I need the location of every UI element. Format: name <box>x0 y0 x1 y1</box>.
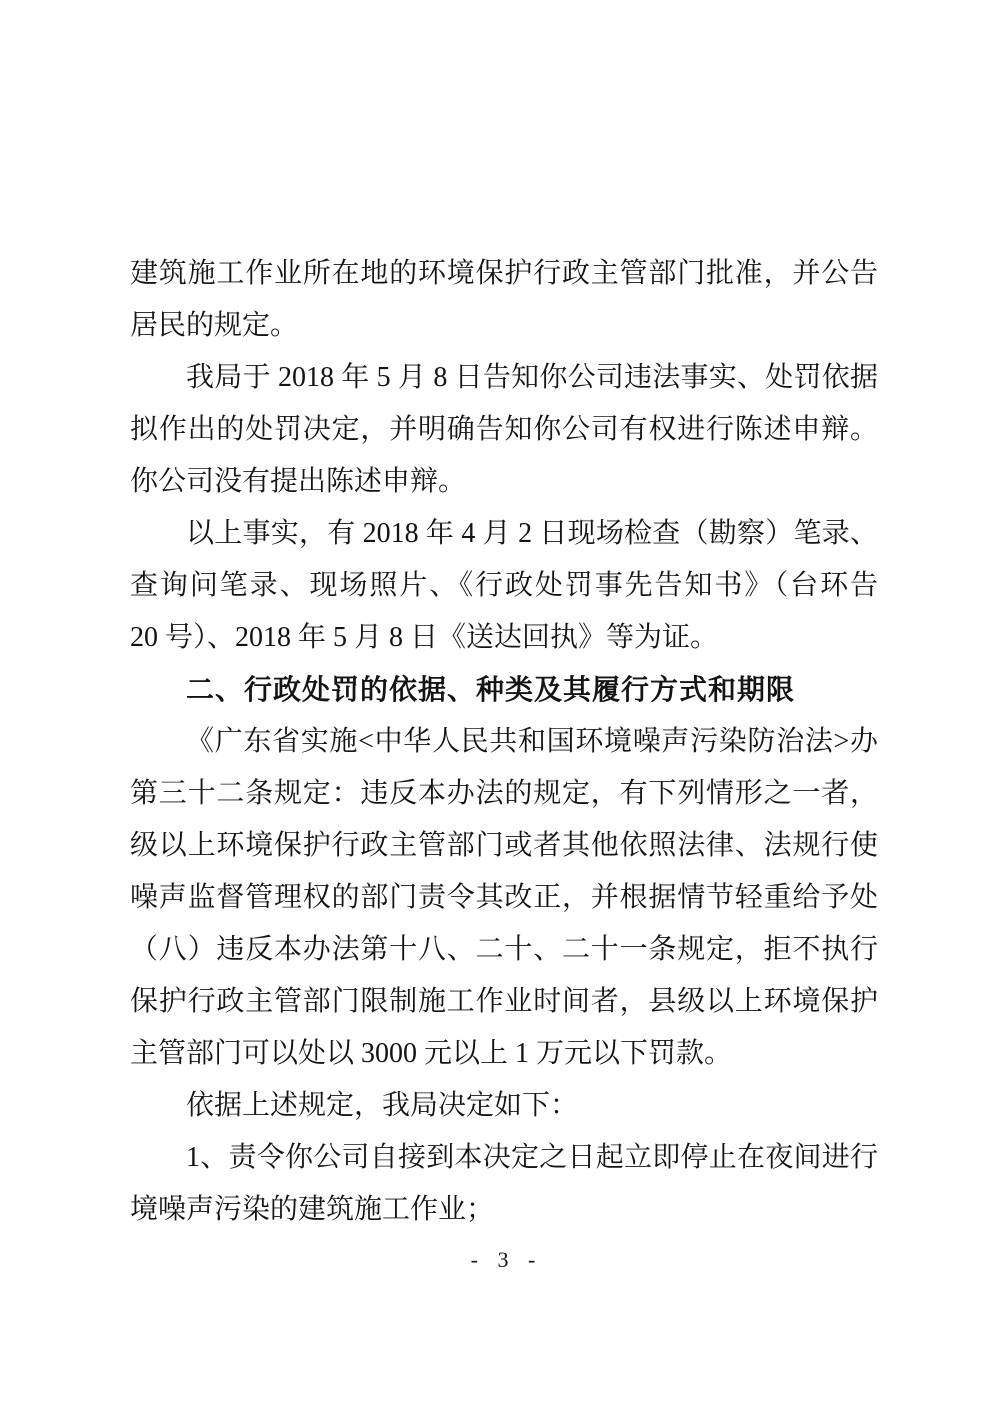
body-line: 我局于 2018 年 5 月 8 日告知你公司违法事实、处罚依据和 <box>130 352 878 404</box>
page-number: - 3 - <box>130 1240 878 1280</box>
body-line: 以上事实，有 2018 年 4 月 2 日现场检查（勘察）笔录、调 <box>130 508 878 560</box>
body-line: 第三十二条规定：违反本办法的规定，有下列情形之一者，由县 <box>130 768 878 820</box>
body-line: 噪声监督管理权的部门责令其改正，并根据情节轻重给予处罚： <box>130 872 878 924</box>
body-line: 依据上述规定，我局决定如下： <box>130 1080 878 1132</box>
body-line: 20 号）、2018 年 5 月 8 日《送达回执》等为证。 <box>130 612 878 664</box>
body-line: 《广东省实施<中华人民共和国环境噪声污染防治法>办法》 <box>130 716 878 768</box>
body-line: 你公司没有提出陈述申辩。 <box>130 456 878 508</box>
body-line: 境噪声污染的建筑施工作业； <box>130 1184 878 1236</box>
body-line: 保护行政主管部门限制施工作业时间者，县级以上环境保护行政 <box>130 976 878 1028</box>
document-page: 建筑施工作业所在地的环境保护行政主管部门批准，并公告附近 居民的规定。 我局于 … <box>0 0 992 1403</box>
body-line: 查询问笔录、现场照片、《行政处罚事先告知书》（台环告〔2018〕 <box>130 560 878 612</box>
body-line: 级以上环境保护行政主管部门或者其他依照法律、法规行使环境 <box>130 820 878 872</box>
body-line: 1、责令你公司自接到本决定之日起立即停止在夜间进行环 <box>130 1132 878 1184</box>
section-heading: 二、行政处罚的依据、种类及其履行方式和期限 <box>130 664 878 716</box>
body-line: 建筑施工作业所在地的环境保护行政主管部门批准，并公告附近 <box>130 248 878 300</box>
document-body: 建筑施工作业所在地的环境保护行政主管部门批准，并公告附近 居民的规定。 我局于 … <box>130 248 878 1236</box>
body-line: （八）违反本办法第十八、二十、二十一条规定，拒不执行环境 <box>130 924 878 976</box>
body-line: 居民的规定。 <box>130 300 878 352</box>
body-line: 主管部门可以处以 3000 元以上 1 万元以下罚款。 <box>130 1028 878 1080</box>
body-line: 拟作出的处罚决定，并明确告知你公司有权进行陈述申辩。期间 <box>130 404 878 456</box>
